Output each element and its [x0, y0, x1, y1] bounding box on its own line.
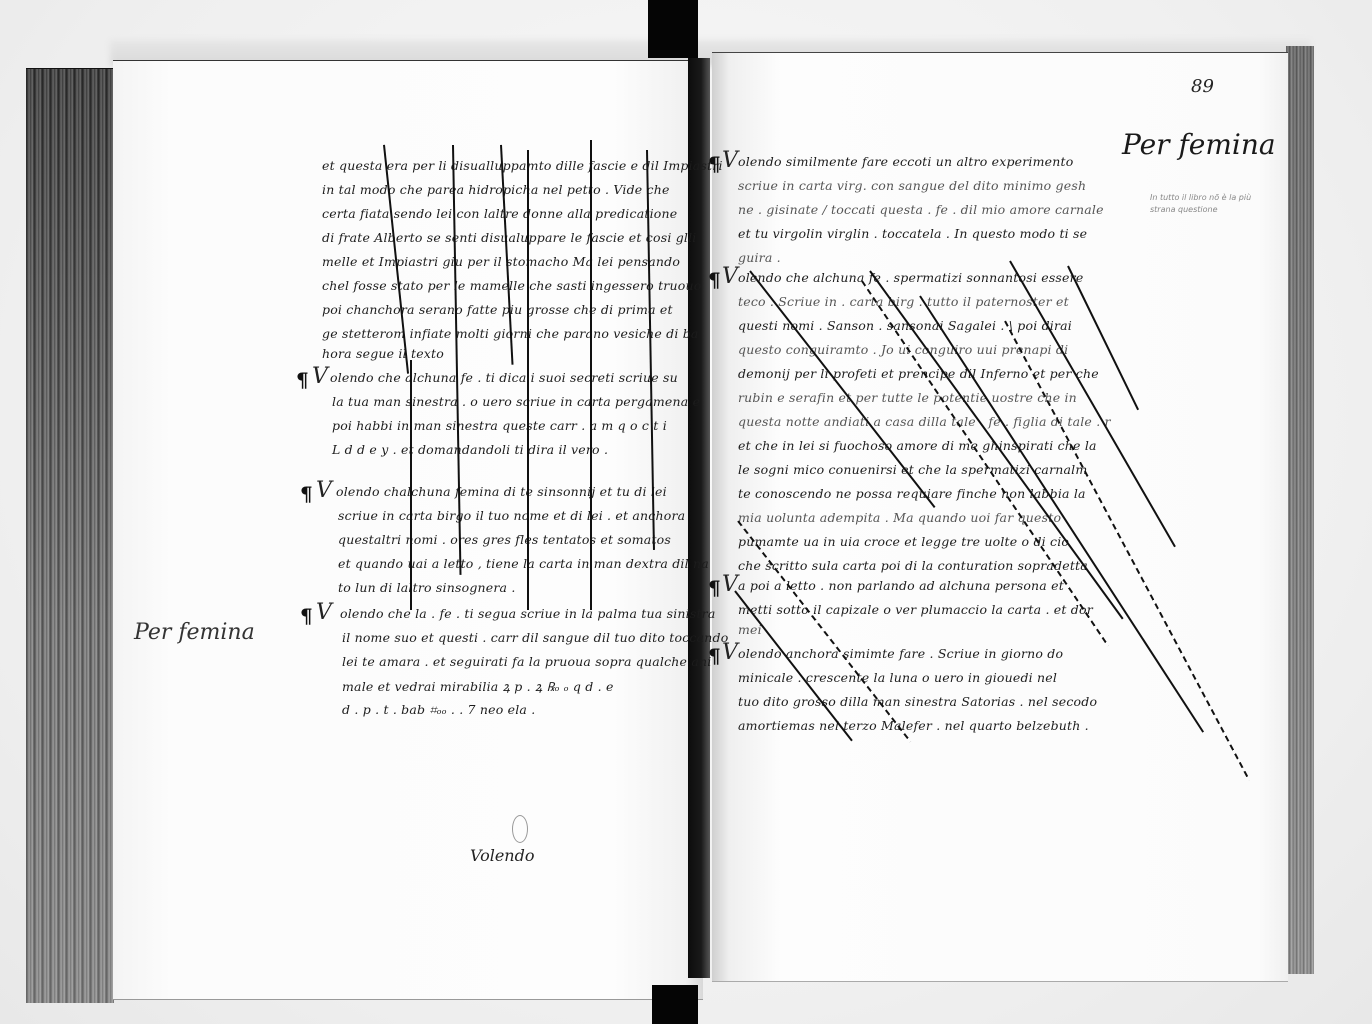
text-line: in tal modo che parea hidropicha nel pet…: [322, 182, 670, 197]
text-line: che scritto sula carta poi di la contura…: [738, 558, 1088, 573]
text-line: teco . Scriue in . carta birg . tutto il…: [738, 294, 1069, 309]
left-margin-heading: Per femina: [134, 620, 255, 645]
paragraph-initial: V: [722, 640, 738, 665]
left-page-edges: [26, 68, 114, 1003]
text-line: guira .: [738, 250, 781, 265]
manuscript-spread: et questa era per li disualluppamto dill…: [0, 0, 1372, 1024]
text-line: male et vedrai mirabilia ꝝ p . ꝝ ℞ₒ ₒ q …: [342, 678, 614, 695]
text-line: minicale . crescente la luna o uero in g…: [738, 670, 1057, 685]
text-line: il nome suo et questi . carr dil sangue …: [342, 630, 728, 645]
page-number: 89: [1191, 76, 1214, 97]
catchword: Volendo: [470, 846, 534, 865]
paragraph-mark-icon: ¶: [296, 368, 309, 392]
paragraph-mark-icon: ¶: [300, 482, 313, 506]
paragraph-initial: V: [316, 600, 332, 625]
text-line: mei: [738, 622, 762, 637]
right-page-edges: [1286, 46, 1314, 974]
margin-note: In tutto il libro nõ è la più strana que…: [1150, 192, 1262, 216]
strike-line: [410, 360, 412, 610]
bookmark-ribbon-top: [648, 0, 698, 58]
text-line: et questa era per li disualluppamto dill…: [322, 158, 723, 173]
text-line: la tua man sinestra . o uero scriue in c…: [332, 394, 700, 409]
text-line: demonij per li profeti et prencipe dil I…: [738, 366, 1099, 381]
text-line: metti sotto il capizale o ver plumaccio …: [738, 602, 1093, 617]
bookmark-ribbon-bottom: [652, 985, 698, 1024]
text-line: et tu virgolin virglin . toccatela . In …: [738, 226, 1087, 241]
text-line: rubin e serafin et per tutte le potentie…: [738, 390, 1077, 405]
text-line: hora segue il texto: [322, 346, 444, 361]
text-line: d . p . t . bab ⌗ₒₒ . . 7 neo ela .: [342, 702, 535, 718]
paragraph-initial: V: [316, 478, 332, 503]
text-line: certa fiata sendo lei con laltre donne a…: [322, 206, 677, 221]
text-line: L d d e y . et domandandoli ti dira il v…: [332, 442, 608, 457]
paragraph-mark-icon: ¶: [708, 576, 721, 600]
gutter-binding: [688, 58, 710, 978]
paragraph-mark-icon: ¶: [708, 268, 721, 292]
left-page: [113, 60, 703, 1000]
text-line: et che in lei si fuochoso amore di me gh…: [738, 438, 1097, 453]
text-line: poi chanchora serano fatte piu grosse ch…: [322, 302, 673, 317]
text-line: di frate Alberto se senti disualuppare l…: [322, 230, 697, 245]
text-line: mia uolunta adempita . Ma quando uoi far…: [738, 510, 1061, 525]
strike-line: [590, 140, 592, 610]
text-line: melle et Impiastri giu per il stomacho M…: [322, 254, 680, 269]
text-line: scriue in carta birgo il tuo nome et di …: [338, 508, 685, 523]
text-line: questaltri nomi . ores gres fles tentato…: [338, 532, 671, 547]
paragraph-initial: V: [722, 148, 738, 173]
text-line: et quando uai a letto , tiene la carta i…: [338, 556, 709, 571]
text-line: olendo chalchuna femina di te sinsonnij …: [336, 484, 667, 499]
paragraph-initial: V: [722, 264, 738, 289]
paragraph-mark-icon: ¶: [708, 152, 721, 176]
text-line: olendo che alchuna fe . ti dica i suoi s…: [330, 370, 678, 385]
paragraph-initial: V: [312, 364, 328, 389]
catchword-flourish-icon: [512, 815, 528, 843]
text-line: ne . gisinate / toccati questa . fe . di…: [738, 202, 1104, 217]
strike-line: [527, 150, 529, 610]
text-line: tuo dito grosso dilla man sinestra Sator…: [738, 694, 1097, 709]
text-line: scriue in carta virg. con sangue del dit…: [738, 178, 1086, 193]
paragraph-mark-icon: ¶: [300, 604, 313, 628]
text-line: amortiemas nel terzo Malefer . nel quart…: [738, 718, 1089, 733]
right-margin-heading: Per femina: [1122, 128, 1276, 161]
text-line: lei te amara . et seguirati fa la pruoua…: [342, 654, 711, 669]
text-line: pumamte ua in uia croce et legge tre uol…: [738, 534, 1069, 549]
paragraph-mark-icon: ¶: [708, 644, 721, 668]
text-line: chel fosse stato per le mamelle che sast…: [322, 278, 701, 293]
text-line: to lun di laltro sinsognera .: [338, 580, 516, 595]
text-line: poi habbi in man sinestra queste carr . …: [332, 418, 667, 433]
text-line: olendo che alchuna fe . spermatizi sonna…: [738, 270, 1083, 285]
text-line: olendo similmente fare eccoti un altro e…: [738, 154, 1073, 169]
